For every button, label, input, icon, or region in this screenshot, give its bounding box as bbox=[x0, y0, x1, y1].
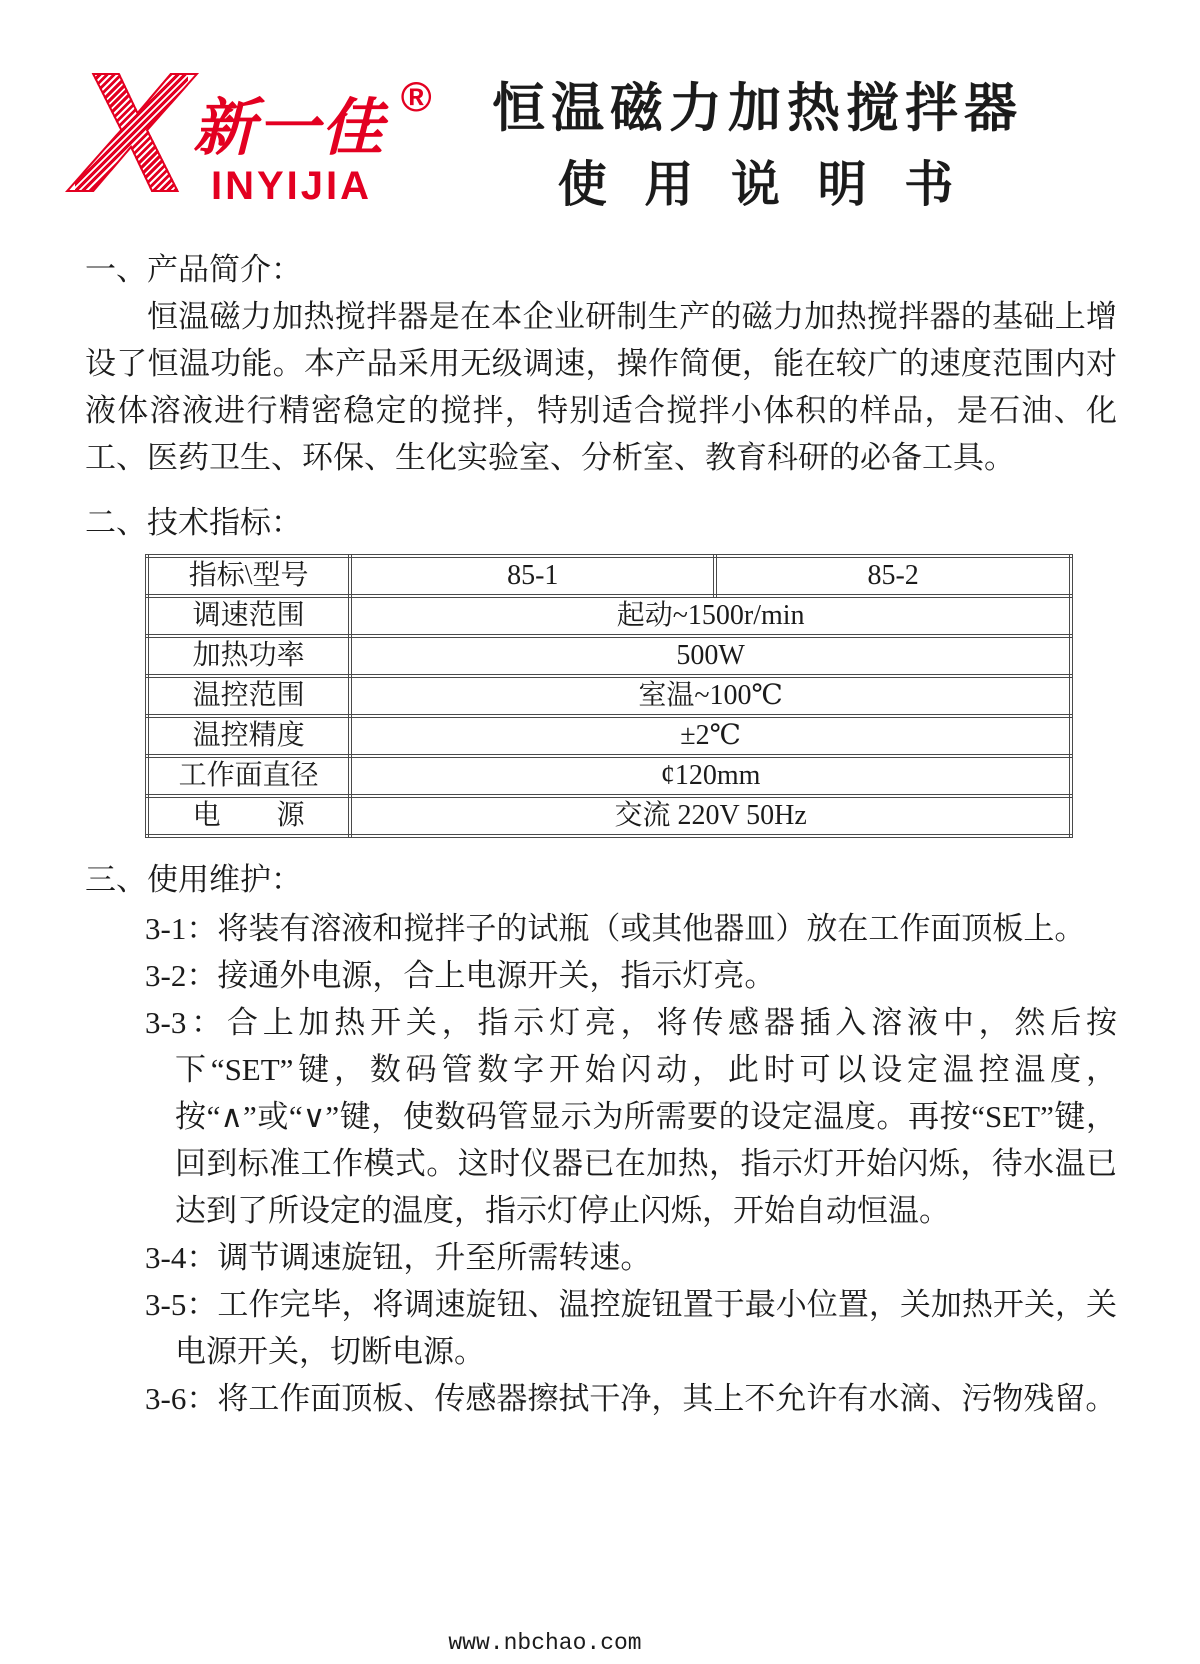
step-3-5: 3-5：工作完毕，将调速旋钮、温控旋钮置于最小位置，关加热开关，关电源开关，切断… bbox=[175, 1281, 1117, 1375]
brand-logo: X 新一佳® INYIJIA bbox=[75, 76, 395, 228]
step-3-6: 3-6：将工作面顶板、传感器擦拭干净，其上不允许有水滴、污物残留。 bbox=[175, 1375, 1117, 1422]
spec-label-cell: 工作面直径 bbox=[147, 756, 350, 796]
table-row: 温控精度 ±2℃ bbox=[147, 716, 1071, 756]
spec-value-cell: 交流 220V 50Hz bbox=[350, 796, 1071, 836]
spec-value-cell: ±2℃ bbox=[350, 716, 1071, 756]
registered-trademark-icon: ® bbox=[400, 76, 433, 118]
spec-table: 指标\型号 85-1 85-2 调速范围 起动~1500r/min 加热功率 5… bbox=[145, 554, 1073, 838]
logo-x-glyph: X bbox=[75, 48, 188, 218]
table-row: 工作面直径 ¢120mm bbox=[147, 756, 1071, 796]
spec-label-cell: 加热功率 bbox=[147, 636, 350, 676]
step-number: 3-4： bbox=[145, 1240, 217, 1275]
step-3-1: 3-1：将装有溶液和搅拌子的试瓶（或其他器皿）放在工作面顶板上。 bbox=[175, 905, 1117, 952]
table-row: 调速范围 起动~1500r/min bbox=[147, 596, 1071, 636]
spec-label-cell: 电 源 bbox=[147, 796, 350, 836]
document-subtitle: 使 用 说 明 书 bbox=[395, 161, 1120, 210]
step-text: 合上加热开关，指示灯亮，将传感器插入溶液中，然后按下“SET”键，数码管数字开始… bbox=[175, 1005, 1117, 1228]
table-row: 电 源 交流 220V 50Hz bbox=[147, 796, 1071, 836]
step-number: 3-3： bbox=[145, 1005, 227, 1040]
step-number: 3-1： bbox=[145, 911, 217, 946]
section3-heading: 三、使用维护： bbox=[85, 856, 1117, 903]
logo-brand-chinese: 新一佳® bbox=[193, 78, 385, 167]
step-text: 调节调速旋钮，升至所需转速。 bbox=[217, 1240, 651, 1275]
spec-label-cell: 温控范围 bbox=[147, 676, 350, 716]
document-body: 一、产品简介： 恒温磁力加热搅拌器是在本企业研制生产的磁力加热搅拌器的基础上增设… bbox=[0, 246, 1200, 1422]
spec-header-label-cell: 指标\型号 bbox=[147, 556, 350, 596]
spec-header-model2-cell: 85-2 bbox=[715, 556, 1071, 596]
document-titles: 恒温磁力加热搅拌器 使 用 说 明 书 bbox=[395, 76, 1120, 210]
step-number: 3-2： bbox=[145, 958, 217, 993]
footer-url: www.nbchao.com bbox=[0, 1630, 1090, 1656]
document-title: 恒温磁力加热搅拌器 bbox=[395, 82, 1120, 135]
maintenance-steps: 3-1：将装有溶液和搅拌子的试瓶（或其他器皿）放在工作面顶板上。 3-2：接通外… bbox=[85, 905, 1117, 1422]
spec-value-cell: 室温~100℃ bbox=[350, 676, 1071, 716]
step-number: 3-5： bbox=[145, 1287, 217, 1322]
logo-brand-english: INYIJIA bbox=[211, 164, 372, 209]
spec-label-cell: 温控精度 bbox=[147, 716, 350, 756]
table-row: 温控范围 室温~100℃ bbox=[147, 676, 1071, 716]
step-3-2: 3-2：接通外电源，合上电源开关，指示灯亮。 bbox=[175, 952, 1117, 999]
step-text: 接通外电源，合上电源开关，指示灯亮。 bbox=[217, 958, 775, 993]
spec-label-cell: 调速范围 bbox=[147, 596, 350, 636]
section1-paragraph: 恒温磁力加热搅拌器是在本企业研制生产的磁力加热搅拌器的基础上增设了恒温功能。本产… bbox=[85, 293, 1117, 481]
spec-table-container: 指标\型号 85-1 85-2 调速范围 起动~1500r/min 加热功率 5… bbox=[145, 554, 1073, 838]
step-3-4: 3-4：调节调速旋钮，升至所需转速。 bbox=[175, 1234, 1117, 1281]
spec-header-model1-cell: 85-1 bbox=[350, 556, 715, 596]
spec-value-cell: ¢120mm bbox=[350, 756, 1071, 796]
step-number: 3-6： bbox=[145, 1381, 217, 1416]
spec-value-cell: 起动~1500r/min bbox=[350, 596, 1071, 636]
page-header: X 新一佳® INYIJIA 恒温磁力加热搅拌器 使 用 说 明 书 bbox=[75, 76, 1120, 228]
spec-value-cell: 500W bbox=[350, 636, 1071, 676]
step-text: 将工作面顶板、传感器擦拭干净，其上不允许有水滴、污物残留。 bbox=[217, 1381, 1116, 1416]
step-text: 将装有溶液和搅拌子的试瓶（或其他器皿）放在工作面顶板上。 bbox=[217, 911, 1085, 946]
step-text: 工作完毕，将调速旋钮、温控旋钮置于最小位置，关加热开关，关电源开关，切断电源。 bbox=[175, 1287, 1117, 1369]
table-header-row: 指标\型号 85-1 85-2 bbox=[147, 556, 1071, 596]
table-row: 加热功率 500W bbox=[147, 636, 1071, 676]
step-3-3: 3-3：合上加热开关，指示灯亮，将传感器插入溶液中，然后按下“SET”键，数码管… bbox=[175, 999, 1117, 1234]
section1-heading: 一、产品简介： bbox=[85, 246, 1117, 293]
section2-heading: 二、技术指标： bbox=[85, 499, 1117, 546]
